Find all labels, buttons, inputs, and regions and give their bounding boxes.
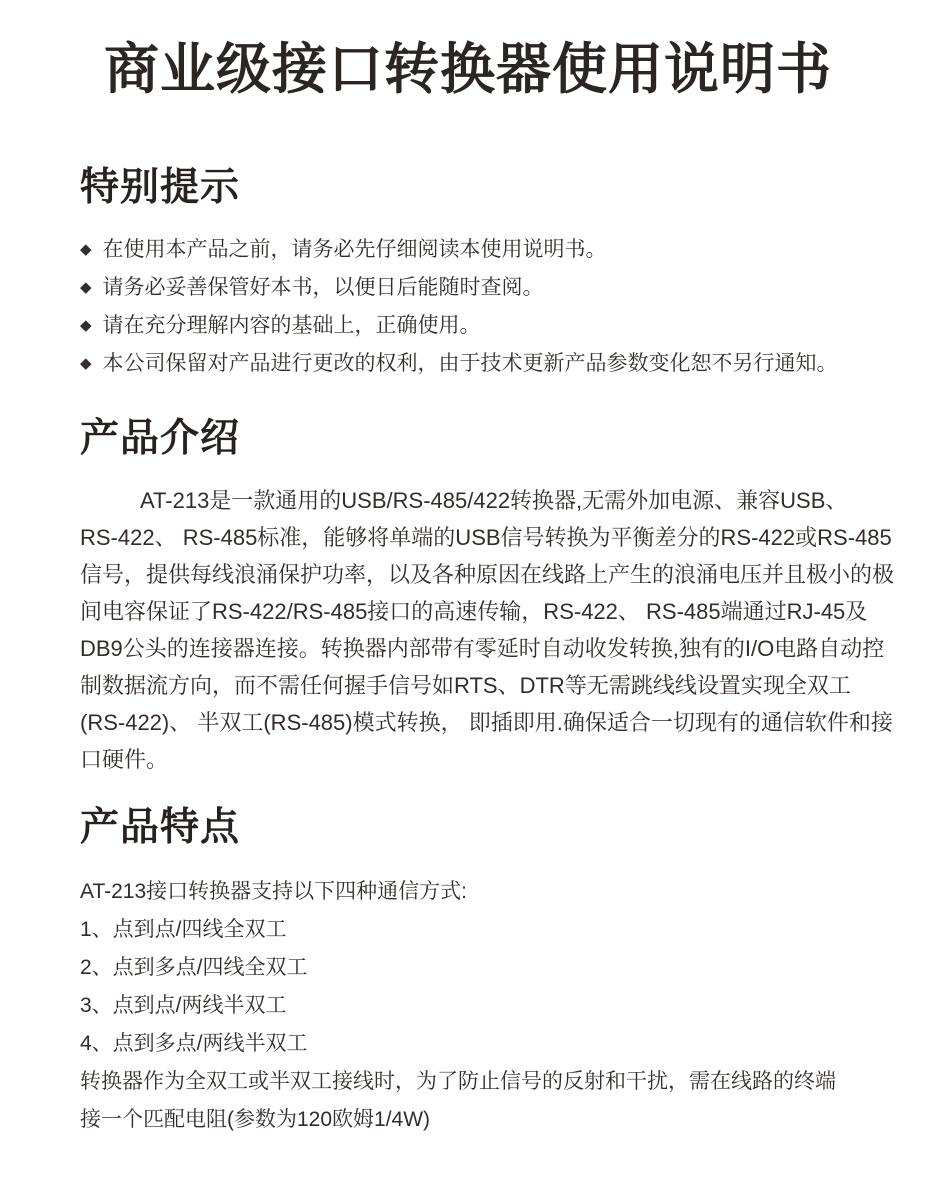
diamond-bullet-icon: ◆	[80, 307, 92, 345]
features-intro: AT-213接口转换器支持以下四种通信方式:	[80, 873, 856, 911]
features-note-line: 转换器作为全双工或半双工接线时，为了防止信号的反射和干扰，需在线路的终端	[80, 1063, 856, 1101]
list-item: ◆ 在使用本产品之前，请务必先仔细阅读本使用说明书。	[80, 231, 856, 269]
product-intro-paragraph: AT-213是一款通用的USB/RS-485/422转换器,无需外加电源、兼容U…	[80, 482, 856, 778]
paragraph-line: AT-213是一款通用的USB/RS-485/422转换器,无需外加电源、兼容U…	[80, 482, 856, 519]
feature-item: 4、点到多点/两线半双工	[80, 1025, 856, 1063]
paragraph-line: 间电容保证了RS-422/RS-485接口的高速传输，RS-422、 RS-48…	[80, 593, 856, 630]
note-text: 在使用本产品之前，请务必先仔细阅读本使用说明书。	[103, 231, 607, 269]
document-title: 商业级接口转换器使用说明书	[80, 36, 856, 102]
note-text: 请务必妥善保管好本书，以便日后能随时查阅。	[103, 269, 544, 307]
diamond-bullet-icon: ◆	[80, 345, 92, 383]
paragraph-line: RS-422、 RS-485标准，能够将单端的USB信号转换为平衡差分的RS-4…	[80, 519, 856, 556]
features-note-line: 接一个匹配电阻(参数为120欧姆1/4W)	[80, 1101, 856, 1139]
list-item: ◆ 请务必妥善保管好本书，以便日后能随时查阅。	[80, 269, 856, 307]
manual-page: 商业级接口转换器使用说明书 特别提示 ◆ 在使用本产品之前，请务必先仔细阅读本使…	[0, 36, 930, 1139]
paragraph-line: 信号，提供每线浪涌保护功率，以及各种原因在线路上产生的浪涌电压并且极小的极	[80, 556, 856, 593]
diamond-bullet-icon: ◆	[80, 231, 92, 269]
paragraph-line: (RS-422)、 半双工(RS-485)模式转换， 即插即用.确保适合一切现有…	[80, 704, 856, 741]
paragraph-line: 制数据流方向，而不需任何握手信号如RTS、DTR等无需跳线线设置实现全双工	[80, 667, 856, 704]
paragraph-line: 口硬件。	[80, 741, 856, 778]
feature-item: 1、点到点/四线全双工	[80, 911, 856, 949]
feature-item: 2、点到多点/四线全双工	[80, 949, 856, 987]
section-heading-product-features: 产品特点	[80, 806, 856, 851]
list-item: ◆ 请在充分理解内容的基础上，正确使用。	[80, 307, 856, 345]
paragraph-line: DB9公头的连接器连接。转换器内部带有零延时自动收发转换,独有的I/O电路自动控	[80, 630, 856, 667]
note-text: 本公司保留对产品进行更改的权利，由于技术更新产品参数变化恕不另行通知。	[103, 345, 838, 383]
feature-item: 3、点到点/两线半双工	[80, 987, 856, 1025]
list-item: ◆ 本公司保留对产品进行更改的权利，由于技术更新产品参数变化恕不另行通知。	[80, 345, 856, 383]
note-text: 请在充分理解内容的基础上，正确使用。	[103, 307, 481, 345]
section-heading-product-intro: 产品介绍	[80, 417, 856, 462]
product-features-block: AT-213接口转换器支持以下四种通信方式: 1、点到点/四线全双工 2、点到多…	[80, 873, 856, 1139]
special-notes-list: ◆ 在使用本产品之前，请务必先仔细阅读本使用说明书。 ◆ 请务必妥善保管好本书，…	[80, 231, 856, 383]
diamond-bullet-icon: ◆	[80, 269, 92, 307]
section-heading-special-notes: 特别提示	[80, 166, 856, 211]
